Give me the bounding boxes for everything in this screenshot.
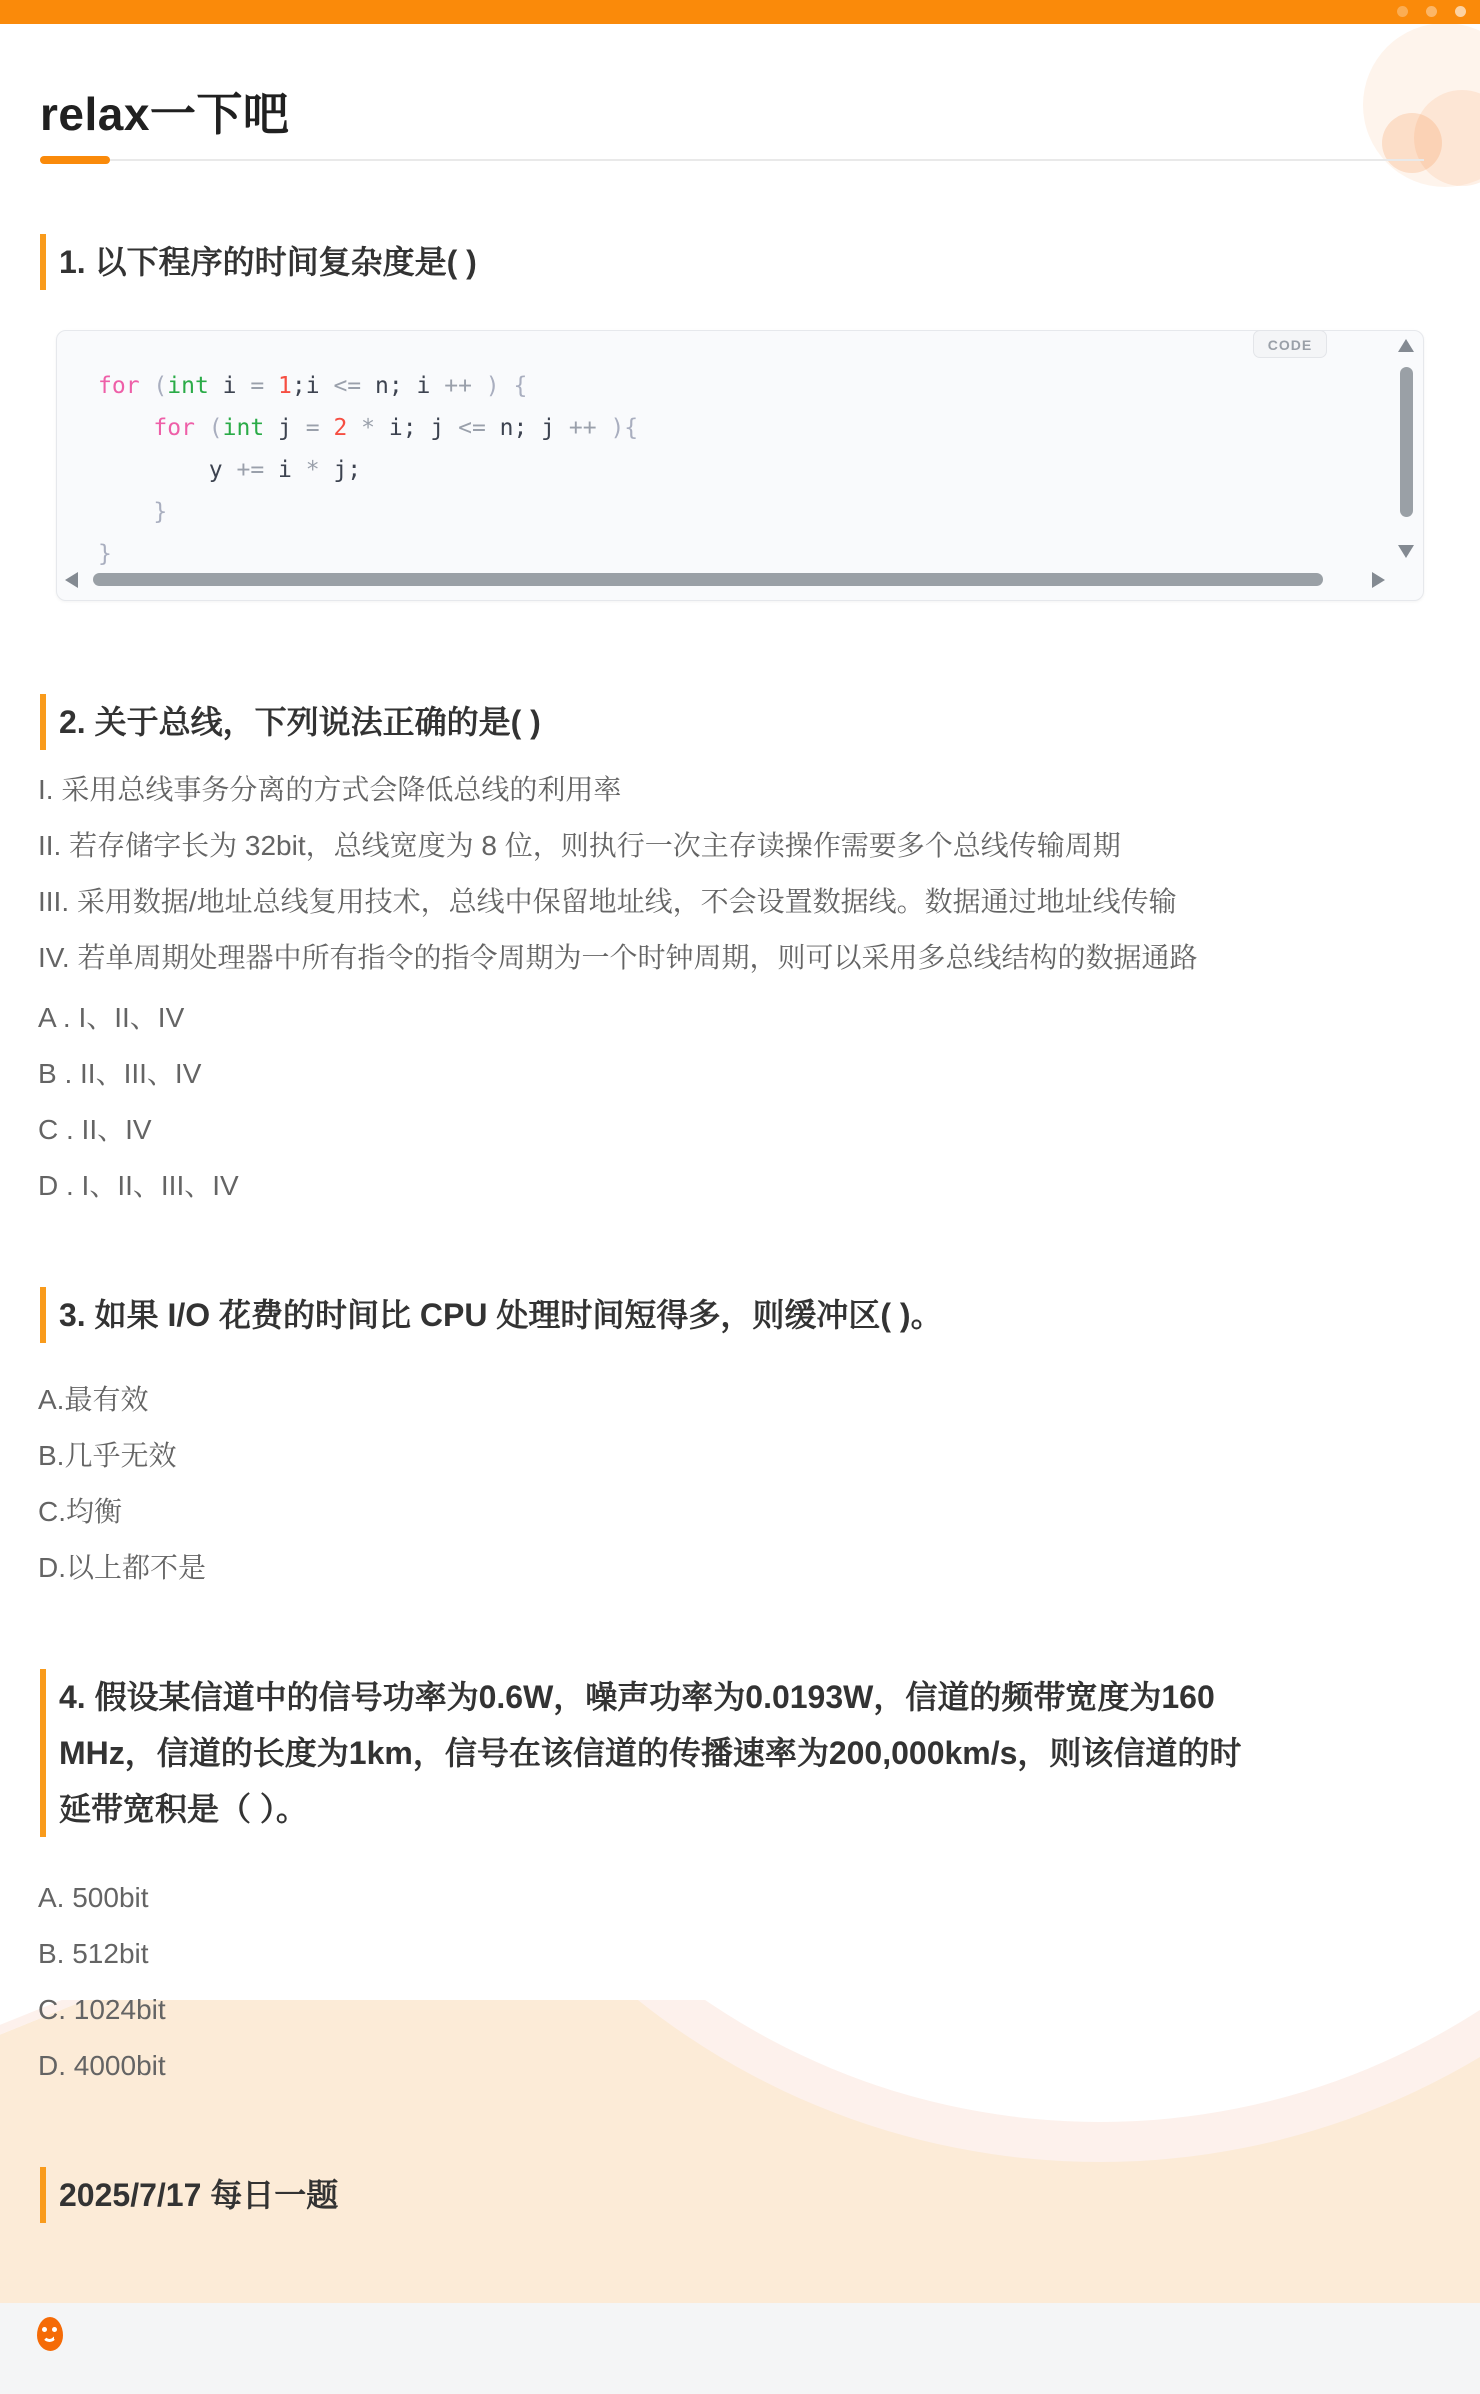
option: C. 1024bit (38, 1982, 166, 2038)
question-4-heading-line: 延带宽积是（ ）。 (59, 1781, 1241, 1837)
quiz-page: relax一下吧 1. 以下程序的时间复杂度是( ) CODE for (int… (0, 0, 1480, 2394)
option: A.最有效 (38, 1372, 206, 1428)
question-1-heading: 1. 以下程序的时间复杂度是( ) (40, 234, 477, 290)
daily-note-heading: 2025/7/17 每日一题 (40, 2167, 338, 2223)
question-4-heading: 4. 假设某信道中的信号功率为0.6W，噪声功率为0.0193W，信道的频带宽度… (40, 1669, 1241, 1837)
scroll-down-icon[interactable] (1398, 545, 1414, 558)
statement: III. 采用数据/地址总线复用技术，总线中保留地址线，不会设置数据线。数据通过… (38, 874, 1197, 930)
option: C . II、IV (38, 1102, 239, 1158)
code-line: } (98, 491, 638, 533)
option: A. 500bit (38, 1870, 166, 1926)
option: C.均衡 (38, 1484, 206, 1540)
vertical-scrollbar-thumb[interactable] (1400, 367, 1413, 517)
scroll-up-icon[interactable] (1398, 339, 1414, 352)
window-dot-icon (1455, 6, 1466, 17)
question-3-heading: 3. 如果 I/O 花费的时间比 CPU 处理时间短得多，则缓冲区( )。 (40, 1287, 943, 1343)
code-content: for (int i = 1;i <= n; i ++ ) { for (int… (98, 365, 638, 575)
question-2-heading-text: 2. 关于总线，下列说法正确的是( ) (59, 694, 541, 750)
question-3-heading-text: 3. 如果 I/O 花费的时间比 CPU 处理时间短得多，则缓冲区( )。 (59, 1287, 943, 1343)
option: D.以上都不是 (38, 1540, 206, 1596)
question-2-options: A . I、II、IVB . II、III、IVC . II、IVD . I、I… (38, 990, 239, 1214)
option: B.几乎无效 (38, 1428, 206, 1484)
divider-accent (40, 156, 110, 164)
code-block: CODE for (int i = 1;i <= n; i ++ ) { for… (56, 330, 1424, 601)
window-titlebar (0, 0, 1480, 24)
window-dot-icon (1397, 6, 1408, 17)
option: D. 4000bit (38, 2038, 166, 2094)
question-3-options: A.最有效B.几乎无效C.均衡D.以上都不是 (38, 1372, 206, 1596)
window-dots (1397, 6, 1466, 17)
question-1-heading-text: 1. 以下程序的时间复杂度是( ) (59, 234, 477, 290)
option: D . I、II、III、IV (38, 1158, 239, 1214)
decorative-circle (1382, 113, 1442, 173)
statement: IV. 若单周期处理器中所有指令的指令周期为一个时钟周期，则可以采用多总线结构的… (38, 930, 1197, 986)
daily-note-text: 2025/7/17 每日一题 (59, 2167, 338, 2223)
code-line: } (98, 533, 638, 575)
question-2-heading: 2. 关于总线，下列说法正确的是( ) (40, 694, 541, 750)
question-4-heading-line: MHz，信道的长度为1km，信号在该信道的传播速率为200,000km/s，则该… (59, 1725, 1241, 1781)
footer-bar (0, 2303, 1480, 2394)
scroll-left-icon[interactable] (65, 572, 78, 588)
bottom-wave-decoration (0, 2000, 1480, 2303)
code-line: y += i * j; (98, 449, 638, 491)
statement: I. 采用总线事务分离的方式会降低总线的利用率 (38, 762, 1197, 818)
code-tab: CODE (1253, 330, 1327, 358)
horizontal-scrollbar-thumb[interactable] (93, 573, 1323, 586)
question-4-heading-line: 4. 假设某信道中的信号功率为0.6W，噪声功率为0.0193W，信道的频带宽度… (59, 1669, 1241, 1725)
divider-line (40, 159, 1424, 161)
code-line: for (int j = 2 * i; j <= n; j ++ ){ (98, 407, 638, 449)
option: B . II、III、IV (38, 1046, 239, 1102)
code-line: for (int i = 1;i <= n; i ++ ) { (98, 365, 638, 407)
question-2-statements: I. 采用总线事务分离的方式会降低总线的利用率II. 若存储字长为 32bit，… (38, 762, 1197, 986)
scroll-right-icon[interactable] (1372, 572, 1385, 588)
smiley-mouth (42, 2332, 57, 2342)
question-4-options: A. 500bitB. 512bitC. 1024bitD. 4000bit (38, 1870, 166, 2094)
smiley-face-icon (37, 2317, 63, 2351)
window-dot-icon (1426, 6, 1437, 17)
option: A . I、II、IV (38, 990, 239, 1046)
option: B. 512bit (38, 1926, 166, 1982)
statement: II. 若存储字长为 32bit，总线宽度为 8 位，则执行一次主存读操作需要多… (38, 818, 1197, 874)
page-title: relax一下吧 (40, 78, 289, 144)
